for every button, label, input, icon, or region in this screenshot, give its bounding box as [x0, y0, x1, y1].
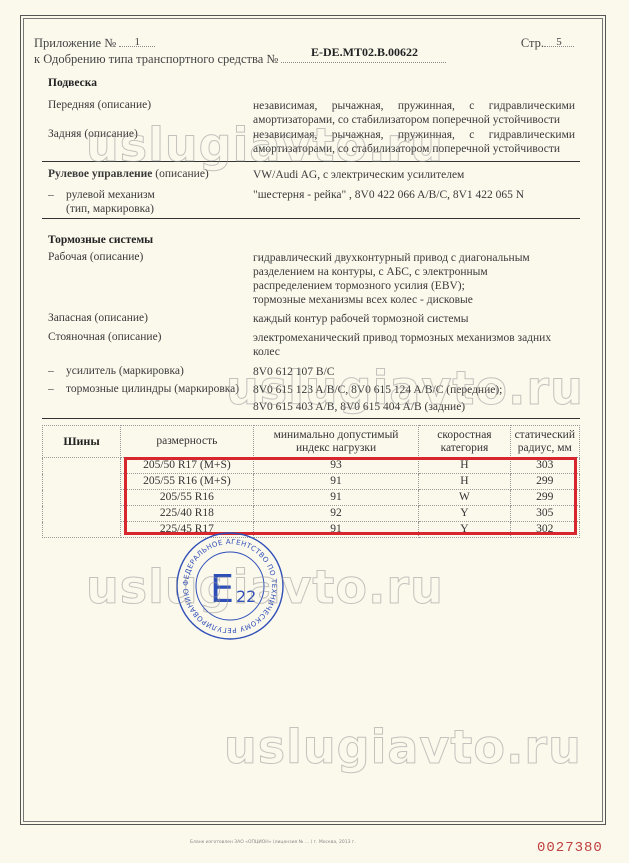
page-number-field: 5	[544, 46, 574, 47]
appendix-line: Приложение № 1	[34, 36, 155, 51]
tires-header-row: Шины размерность минимально допустимый и…	[43, 426, 580, 458]
watermark: uslugiavto.ru	[226, 361, 584, 415]
approval-label: к Одобрению типа транспортного средства …	[34, 52, 278, 66]
parking-brake-line: электромеханический привод тормозных мех…	[253, 331, 575, 345]
appendix-number-field: 1	[119, 46, 155, 47]
tires-label-cell	[43, 458, 121, 538]
suspension-title: Подвеска	[48, 77, 578, 89]
spare-brake-label: Запасная (описание)	[48, 312, 248, 324]
approval-number-field	[281, 62, 446, 63]
service-brake-value: гидравлический двухконтурный привод с ди…	[253, 251, 575, 307]
brakes-title: Тормозные системы	[48, 234, 578, 246]
steering-mechanism-value: "шестерня - рейка" , 8V0 422 066 A/B/C, …	[253, 188, 575, 202]
service-brake-line: гидравлический двухконтурный привод с ди…	[253, 251, 575, 265]
page-indicator: Стр.5	[521, 36, 574, 51]
column-header-load-index: минимально допустимый индекс нагрузки	[253, 426, 419, 458]
spare-brake-value: каждый контур рабочей тормозной системы	[253, 312, 575, 326]
tires-section-label: Шины	[43, 426, 121, 458]
service-brake-label: Рабочая (описание)	[48, 251, 248, 263]
front-suspension-label: Передняя (описание)	[48, 99, 248, 111]
parking-brake-value: электромеханический привод тормозных мех…	[253, 331, 575, 359]
section-divider	[42, 418, 580, 419]
booster-label: усилитель (маркировка)	[66, 365, 184, 377]
brakes-section: Тормозные системы Рабочая (описание) гид…	[48, 234, 578, 246]
page-number: 5	[556, 36, 562, 48]
appendix-number: 1	[135, 36, 141, 48]
serial-number: 0027380	[537, 840, 603, 856]
service-brake-line: распределением тормозного усилия (EBV);	[253, 279, 575, 293]
steering-mechanism-label: рулевой механизм	[66, 189, 155, 201]
suspension-section: Подвеска Передняя (описание) независимая…	[48, 77, 578, 89]
page-label: Стр.	[521, 36, 544, 50]
service-brake-line: разделением на контуры, с АБС, с электро…	[253, 265, 575, 279]
column-header-size: размерность	[121, 426, 254, 458]
appendix-label: Приложение №	[34, 36, 116, 50]
watermark: uslugiavto.ru	[224, 720, 582, 774]
parking-brake-line: колес	[253, 345, 575, 359]
footer-fine-print: Бланк изготовлен ЗАО «ОПЦИОН» (лицензия …	[190, 840, 356, 845]
column-header-speed-category: скоростная категория	[419, 426, 510, 458]
highlight-box	[124, 457, 577, 535]
brake-cylinders-label: тормозные цилиндры (маркировка)	[66, 383, 239, 395]
watermark: uslugiavto.ru	[86, 118, 444, 172]
parking-brake-label: Стояночная (описание)	[48, 331, 248, 343]
column-header-static-radius: статический радиус, мм	[510, 426, 579, 458]
service-brake-line: тормозные механизмы всех колес - дисковы…	[253, 293, 575, 307]
section-divider	[42, 218, 580, 219]
approval-number: E-DE.MT02.B.00622	[311, 45, 418, 60]
watermark: uslugiavto.ru	[86, 560, 444, 614]
steering-mechanism-sublabel: (тип, маркировка)	[66, 203, 154, 215]
